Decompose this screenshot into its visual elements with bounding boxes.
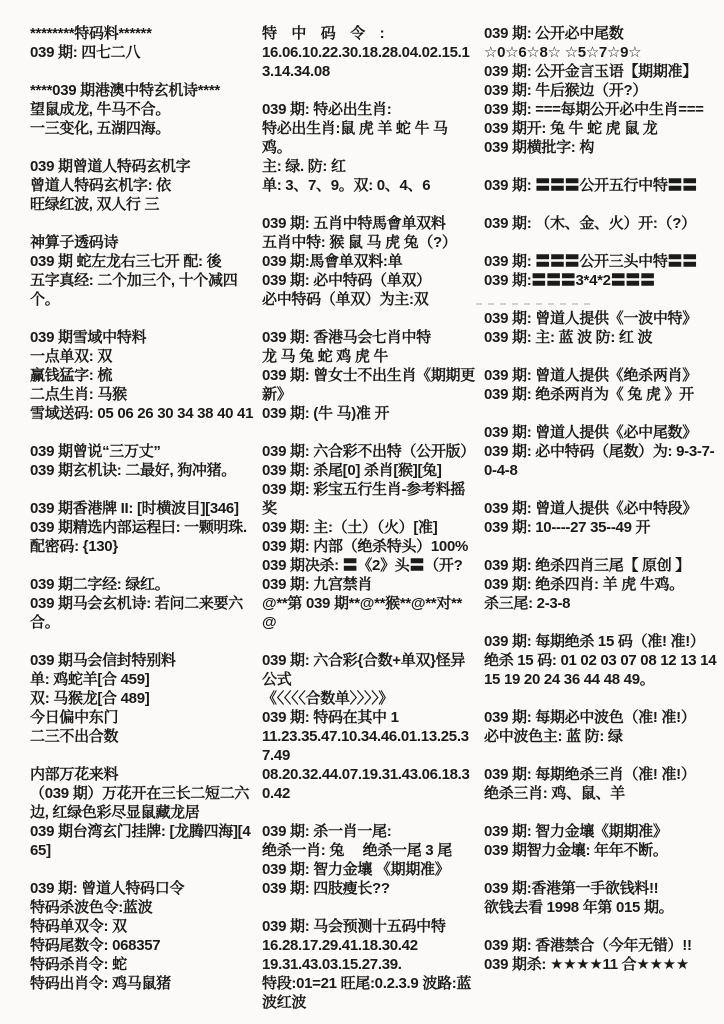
text-block: 039 期: 每期绝杀 15 码（准! 准!）绝杀 15 码: 01 02 03…: [484, 632, 720, 689]
text-line: 039 期: 曾道人提供《绝杀两肖》: [484, 366, 720, 385]
text-block: 039 期: 每期必中波色（准! 准!）必中波色主: 蓝 防: 绿: [484, 708, 720, 746]
text-line: 11.23.35.47.10.34.46.01.13.25.37.49: [262, 727, 476, 765]
text-line: 039 期: 10----27 35--49 开: [484, 518, 720, 537]
text-line: 039 期台湾玄门挂牌: [龙腾四海][465]: [30, 822, 254, 860]
text-line: 039 期马会玄机诗: 若问二来要六合。: [30, 594, 254, 632]
tip-sheet-page: ********特码料******039 期: 四七二八****039 期港澳中…: [0, 0, 724, 1024]
text-line: 雪域送码: 05 06 26 30 34 38 40 41: [30, 404, 254, 423]
text-line: 二三不出合数: [30, 727, 254, 746]
text-block: 039 期: （木、金、火）开:（?）: [484, 214, 720, 233]
text-block: 039 期: 绝杀四肖三尾【 原创 】039 期: 绝杀四肖: 羊 虎 牛鸡。杀…: [484, 556, 720, 613]
text-line: 039 期: 绝杀两肖为《 兔 虎 》开: [484, 385, 720, 404]
text-line: 赢钱猛字: 梳: [30, 366, 254, 385]
text-line: 039 期: 马会预测十五码中特: [262, 917, 476, 936]
text-line: 五字真经: 二个加三个, 十个减四个。: [30, 271, 254, 309]
text-block: 039 期: 六合彩{合数+单双}怪异公式《〈〈〈〈合数单〉〉〉〉》039 期:…: [262, 651, 476, 803]
text-block: 039 期曾说“三万丈”039 期玄机诀: 二最好, 狗冲猪。: [30, 442, 254, 480]
text-line: 039 期: 曾道人提供《一波中特》: [484, 309, 720, 328]
text-line: 二点生肖: 马猴: [30, 385, 254, 404]
text-line: 039 期: 绝杀四肖三尾【 原创 】: [484, 556, 720, 575]
text-line: 039 期: 曾道人提供《必中特段》: [484, 499, 720, 518]
text-line: 039 期: 主:（土）（火）[准]: [262, 518, 476, 537]
text-line: 039 期马会信封特别料: [30, 651, 254, 670]
text-line: 039 期: 四肢瘦长??: [262, 879, 476, 898]
text-line: 一点单双: 双: [30, 347, 254, 366]
text-line: 039 期: 公开必中尾数: [484, 24, 720, 43]
scan-noise-mark: [476, 303, 596, 305]
text-line: 039 期: 杀尾[0] 杀肖[猴][兔]: [262, 461, 476, 480]
text-line: 内部万花来料: [30, 765, 254, 784]
text-block: 039 期: 每期绝杀三肖（准! 准!）绝杀三肖: 鸡、鼠、羊: [484, 765, 720, 803]
text-line: 必中特码（单双）为主:双: [262, 290, 476, 309]
text-block: ****039 期港澳中特玄机诗****望鼠成龙, 牛马不合。一三变化, 五湖四…: [30, 81, 254, 138]
text-line: 039 期雪域中特料: [30, 328, 254, 347]
text-block: 039 期: 〓〓〓公开五行中特〓〓: [484, 176, 720, 195]
text-block: 039 期: 曾道人提供《必中尾数》039 期: 必中特码（尾数）为: 9-3-…: [484, 423, 720, 480]
text-line: 特码杀波色令:蓝波: [30, 898, 254, 917]
text-line: 单: 3、7、9。双: 0、4、6: [262, 176, 476, 195]
text-line: 039 期:〓〓〓3*4*2〓〓〓: [484, 271, 720, 290]
column-middle: 特 中 码 令 :16.06.10.22.30.18.28.04.02.15.1…: [262, 24, 476, 1024]
text-line: 必中波色主: 蓝 防: 绿: [484, 727, 720, 746]
text-line: 039 期杀: ★★★★11 合★★★★: [484, 955, 720, 974]
text-line: 16.28.17.29.41.18.30.42: [262, 936, 476, 955]
text-line: 欲钱去看 1998 年第 015 期。: [484, 898, 720, 917]
text-block: 神算子透码诗039 期 蛇左龙右三七开 配: 後五字真经: 二个加三个, 十个减…: [30, 233, 254, 309]
text-line: 神算子透码诗: [30, 233, 254, 252]
text-line: 039 期: 曾道人特码口令: [30, 879, 254, 898]
text-line: 绝杀三肖: 鸡、鼠、羊: [484, 784, 720, 803]
text-line: 039 期: （木、金、火）开:（?）: [484, 214, 720, 233]
text-line: 一三变化, 五湖四海。: [30, 119, 254, 138]
text-line: 《〈〈〈〈合数单〉〉〉〉》: [262, 689, 476, 708]
text-line: 杀三尾: 2-3-8: [484, 594, 720, 613]
text-line: 绝杀一肖: 兔 绝杀一尾 3 尾: [262, 841, 476, 860]
text-line: 039 期: 内部（绝杀特头）100%: [262, 537, 476, 556]
text-block: 039 期: 香港禁合（今年无错）!!039 期杀: ★★★★11 合★★★★: [484, 936, 720, 974]
text-line: 039 期: 九宫禁肖: [262, 575, 476, 594]
text-line: 039 期横批字: 构: [484, 138, 720, 157]
text-line: 039 期: 六合彩不出特（公开版）: [262, 442, 476, 461]
text-line: 039 期智力金壤: 年年不断。: [484, 841, 720, 860]
text-line: 039 期曾道人特码玄机字: [30, 157, 254, 176]
text-line: 039 期: 主: 蓝 波 防: 红 波: [484, 328, 720, 347]
text-line: 16.06.10.22.30.18.28.04.02.15.13.14.34.0…: [262, 43, 476, 81]
text-block: 039 期雪域中特料一点单双: 双赢钱猛字: 梳二点生肖: 马猴雪域送码: 05…: [30, 328, 254, 423]
text-line: 今日偏中东门: [30, 708, 254, 727]
text-line: 039 期: 公开金言玉语【期期准】: [484, 62, 720, 81]
text-line: 039 期: 每期必中波色（准! 准!）: [484, 708, 720, 727]
text-line: 039 期精选内部运程曰: 一颗明珠.: [30, 518, 254, 537]
text-line: （039 期）万花开在三长二短二六边, 红绿色彩尽显鼠藏龙居: [30, 784, 254, 822]
text-block: 039 期: 公开必中尾数☆0☆6☆8☆ ☆5☆7☆9☆039 期: 公开金言玉…: [484, 24, 720, 157]
text-line: 039 期: 曾道人提供《必中尾数》: [484, 423, 720, 442]
text-block: 039 期: 曾道人提供《必中特段》039 期: 10----27 35--49…: [484, 499, 720, 537]
text-line: 旺绿红波, 双人行 三: [30, 195, 254, 214]
text-block: 039 期香港牌 II: [时横波目][346]039 期精选内部运程曰: 一颗…: [30, 499, 254, 556]
text-line: 039 期 蛇左龙右三七开 配: 後: [30, 252, 254, 271]
text-line: 039 期: 每期绝杀 15 码（准! 准!）: [484, 632, 720, 651]
text-block: 特 中 码 令 :16.06.10.22.30.18.28.04.02.15.1…: [262, 24, 476, 81]
text-line: 039 期香港牌 II: [时横波目][346]: [30, 499, 254, 518]
text-line: 039 期:馬會单双料:单: [262, 252, 476, 271]
text-line: 望鼠成龙, 牛马不合。: [30, 100, 254, 119]
text-line: 039 期: 六合彩{合数+单双}怪异公式: [262, 651, 476, 689]
text-line: 039 期: 智力金壤《期期准》: [484, 822, 720, 841]
text-block: 039 期: 曾道人提供《绝杀两肖》039 期: 绝杀两肖为《 兔 虎 》开: [484, 366, 720, 404]
text-line: 19.31.43.03.15.27.39.: [262, 955, 476, 974]
text-line: ****039 期港澳中特玄机诗****: [30, 81, 254, 100]
text-line: 039 期: 曾女士不出生肖《期期更新》: [262, 366, 476, 404]
text-line: 039 期: 香港马会七肖中特: [262, 328, 476, 347]
text-line: 特码出肖令: 鸡马鼠猪: [30, 974, 254, 993]
text-line: ☆0☆6☆8☆ ☆5☆7☆9☆: [484, 43, 720, 62]
text-line: 主: 绿. 防: 红: [262, 157, 476, 176]
text-line: 039 期: 四七二八: [30, 43, 254, 62]
text-line: ********特码料******: [30, 24, 254, 43]
text-line: 039 期: (牛 马)准 开: [262, 404, 476, 423]
text-line: 曾道人特码玄机字: 依: [30, 176, 254, 195]
text-block: ********特码料******039 期: 四七二八: [30, 24, 254, 62]
text-line: 039 期二字经: 绿红。: [30, 575, 254, 594]
text-block: 内部万花来料（039 期）万花开在三长二短二六边, 红绿色彩尽显鼠藏龙居039 …: [30, 765, 254, 860]
text-line: @**第 039 期**@**猴**@**对**@: [262, 594, 476, 632]
text-block: 039 期二字经: 绿红。039 期马会玄机诗: 若问二来要六合。: [30, 575, 254, 632]
text-block: 039 期: 六合彩不出特（公开版）039 期: 杀尾[0] 杀肖[猴][兔]0…: [262, 442, 476, 632]
text-block: 039 期: 马会预测十五码中特16.28.17.29.41.18.30.421…: [262, 917, 476, 1012]
text-line: 龙 马 兔 蛇 鸡 虎 牛: [262, 347, 476, 366]
text-line: 039 期玄机诀: 二最好, 狗冲猪。: [30, 461, 254, 480]
text-line: 039 期:香港第一手欲钱料!!: [484, 879, 720, 898]
column-left: ********特码料******039 期: 四七二八****039 期港澳中…: [30, 24, 254, 1012]
text-block: 039 期: 曾道人特码口令特码杀波色令:蓝波特码单双令: 双特码尾数令: 06…: [30, 879, 254, 993]
text-line: 特必出生肖:鼠 虎 羊 蛇 牛 马 鸡。: [262, 119, 476, 157]
text-line: 039 期: 特码在其中 1: [262, 708, 476, 727]
text-line: 配密码: {130}: [30, 537, 254, 556]
text-block: 039 期: 智力金壤《期期准》039 期智力金壤: 年年不断。: [484, 822, 720, 860]
text-block: 039 期:香港第一手欲钱料!!欲钱去看 1998 年第 015 期。: [484, 879, 720, 917]
text-line: 039 期决杀: 〓《2》头〓（开?: [262, 556, 476, 575]
text-line: 039 期: 五肖中特馬會单双料: [262, 214, 476, 233]
text-line: 特段:01=21 旺尾:0.2.3.9 波路:蓝波红波: [262, 974, 476, 1012]
text-line: 特码单双令: 双: [30, 917, 254, 936]
text-line: 039 期: 彩宝五行生肖-参考料摇奖: [262, 480, 476, 518]
text-line: 特 中 码 令 :: [262, 24, 476, 43]
text-line: 039 期: 杀一肖一尾:: [262, 822, 476, 841]
text-block: 039 期马会信封特别料单: 鸡蛇羊[合 459]双: 马猴龙[合 489]今日…: [30, 651, 254, 746]
text-block: 039 期: 香港马会七肖中特龙 马 兔 蛇 鸡 虎 牛039 期: 曾女士不出…: [262, 328, 476, 423]
text-line: 039 期: 绝杀四肖: 羊 虎 牛鸡。: [484, 575, 720, 594]
text-line: 039 期: 必中特码（尾数）为: 9-3-7-0-4-8: [484, 442, 720, 480]
text-line: 绝杀 15 码: 01 02 03 07 08 12 13 14 15 19 2…: [484, 651, 720, 689]
text-block: 039 期: 五肖中特馬會单双料五肖中特: 猴 鼠 马 虎 兔（?）039 期:…: [262, 214, 476, 309]
text-line: 039 期: 〓〓〓公开五行中特〓〓: [484, 176, 720, 195]
text-line: 039 期开: 兔 牛 蛇 虎 鼠 龙: [484, 119, 720, 138]
text-block: 039 期: 曾道人提供《一波中特》039 期: 主: 蓝 波 防: 红 波: [484, 309, 720, 347]
text-line: 039 期: 必中特码（单双）: [262, 271, 476, 290]
text-line: 039 期: ===每期公开必中生肖===: [484, 100, 720, 119]
text-line: 039 期: 特必出生肖:: [262, 100, 476, 119]
text-line: 特码杀肖令: 蛇: [30, 955, 254, 974]
text-line: 双: 马猴龙[合 489]: [30, 689, 254, 708]
text-line: 039 期: 牛后猴边（开?）: [484, 81, 720, 100]
text-line: 特码尾数令: 068357: [30, 936, 254, 955]
text-line: 039 期: 每期绝杀三肖（准! 准!）: [484, 765, 720, 784]
text-block: 039 期: 〓〓〓公开三头中特〓〓039 期:〓〓〓3*4*2〓〓〓: [484, 252, 720, 290]
text-block: 039 期曾道人特码玄机字曾道人特码玄机字: 依旺绿红波, 双人行 三: [30, 157, 254, 214]
text-line: 039 期曾说“三万丈”: [30, 442, 254, 461]
text-line: 039 期: 香港禁合（今年无错）!!: [484, 936, 720, 955]
text-block: 039 期: 特必出生肖:特必出生肖:鼠 虎 羊 蛇 牛 马 鸡。主: 绿. 防…: [262, 100, 476, 195]
text-block: 039 期: 杀一肖一尾:绝杀一肖: 兔 绝杀一尾 3 尾039 期: 智力金壤…: [262, 822, 476, 898]
text-line: 039 期: 智力金壤 《期期准》: [262, 860, 476, 879]
text-line: 单: 鸡蛇羊[合 459]: [30, 670, 254, 689]
text-line: 五肖中特: 猴 鼠 马 虎 兔（?）: [262, 233, 476, 252]
text-line: 08.20.32.44.07.19.31.43.06.18.30.42: [262, 765, 476, 803]
column-right: 039 期: 公开必中尾数☆0☆6☆8☆ ☆5☆7☆9☆039 期: 公开金言玉…: [484, 24, 720, 993]
text-line: 039 期: 〓〓〓公开三头中特〓〓: [484, 252, 720, 271]
